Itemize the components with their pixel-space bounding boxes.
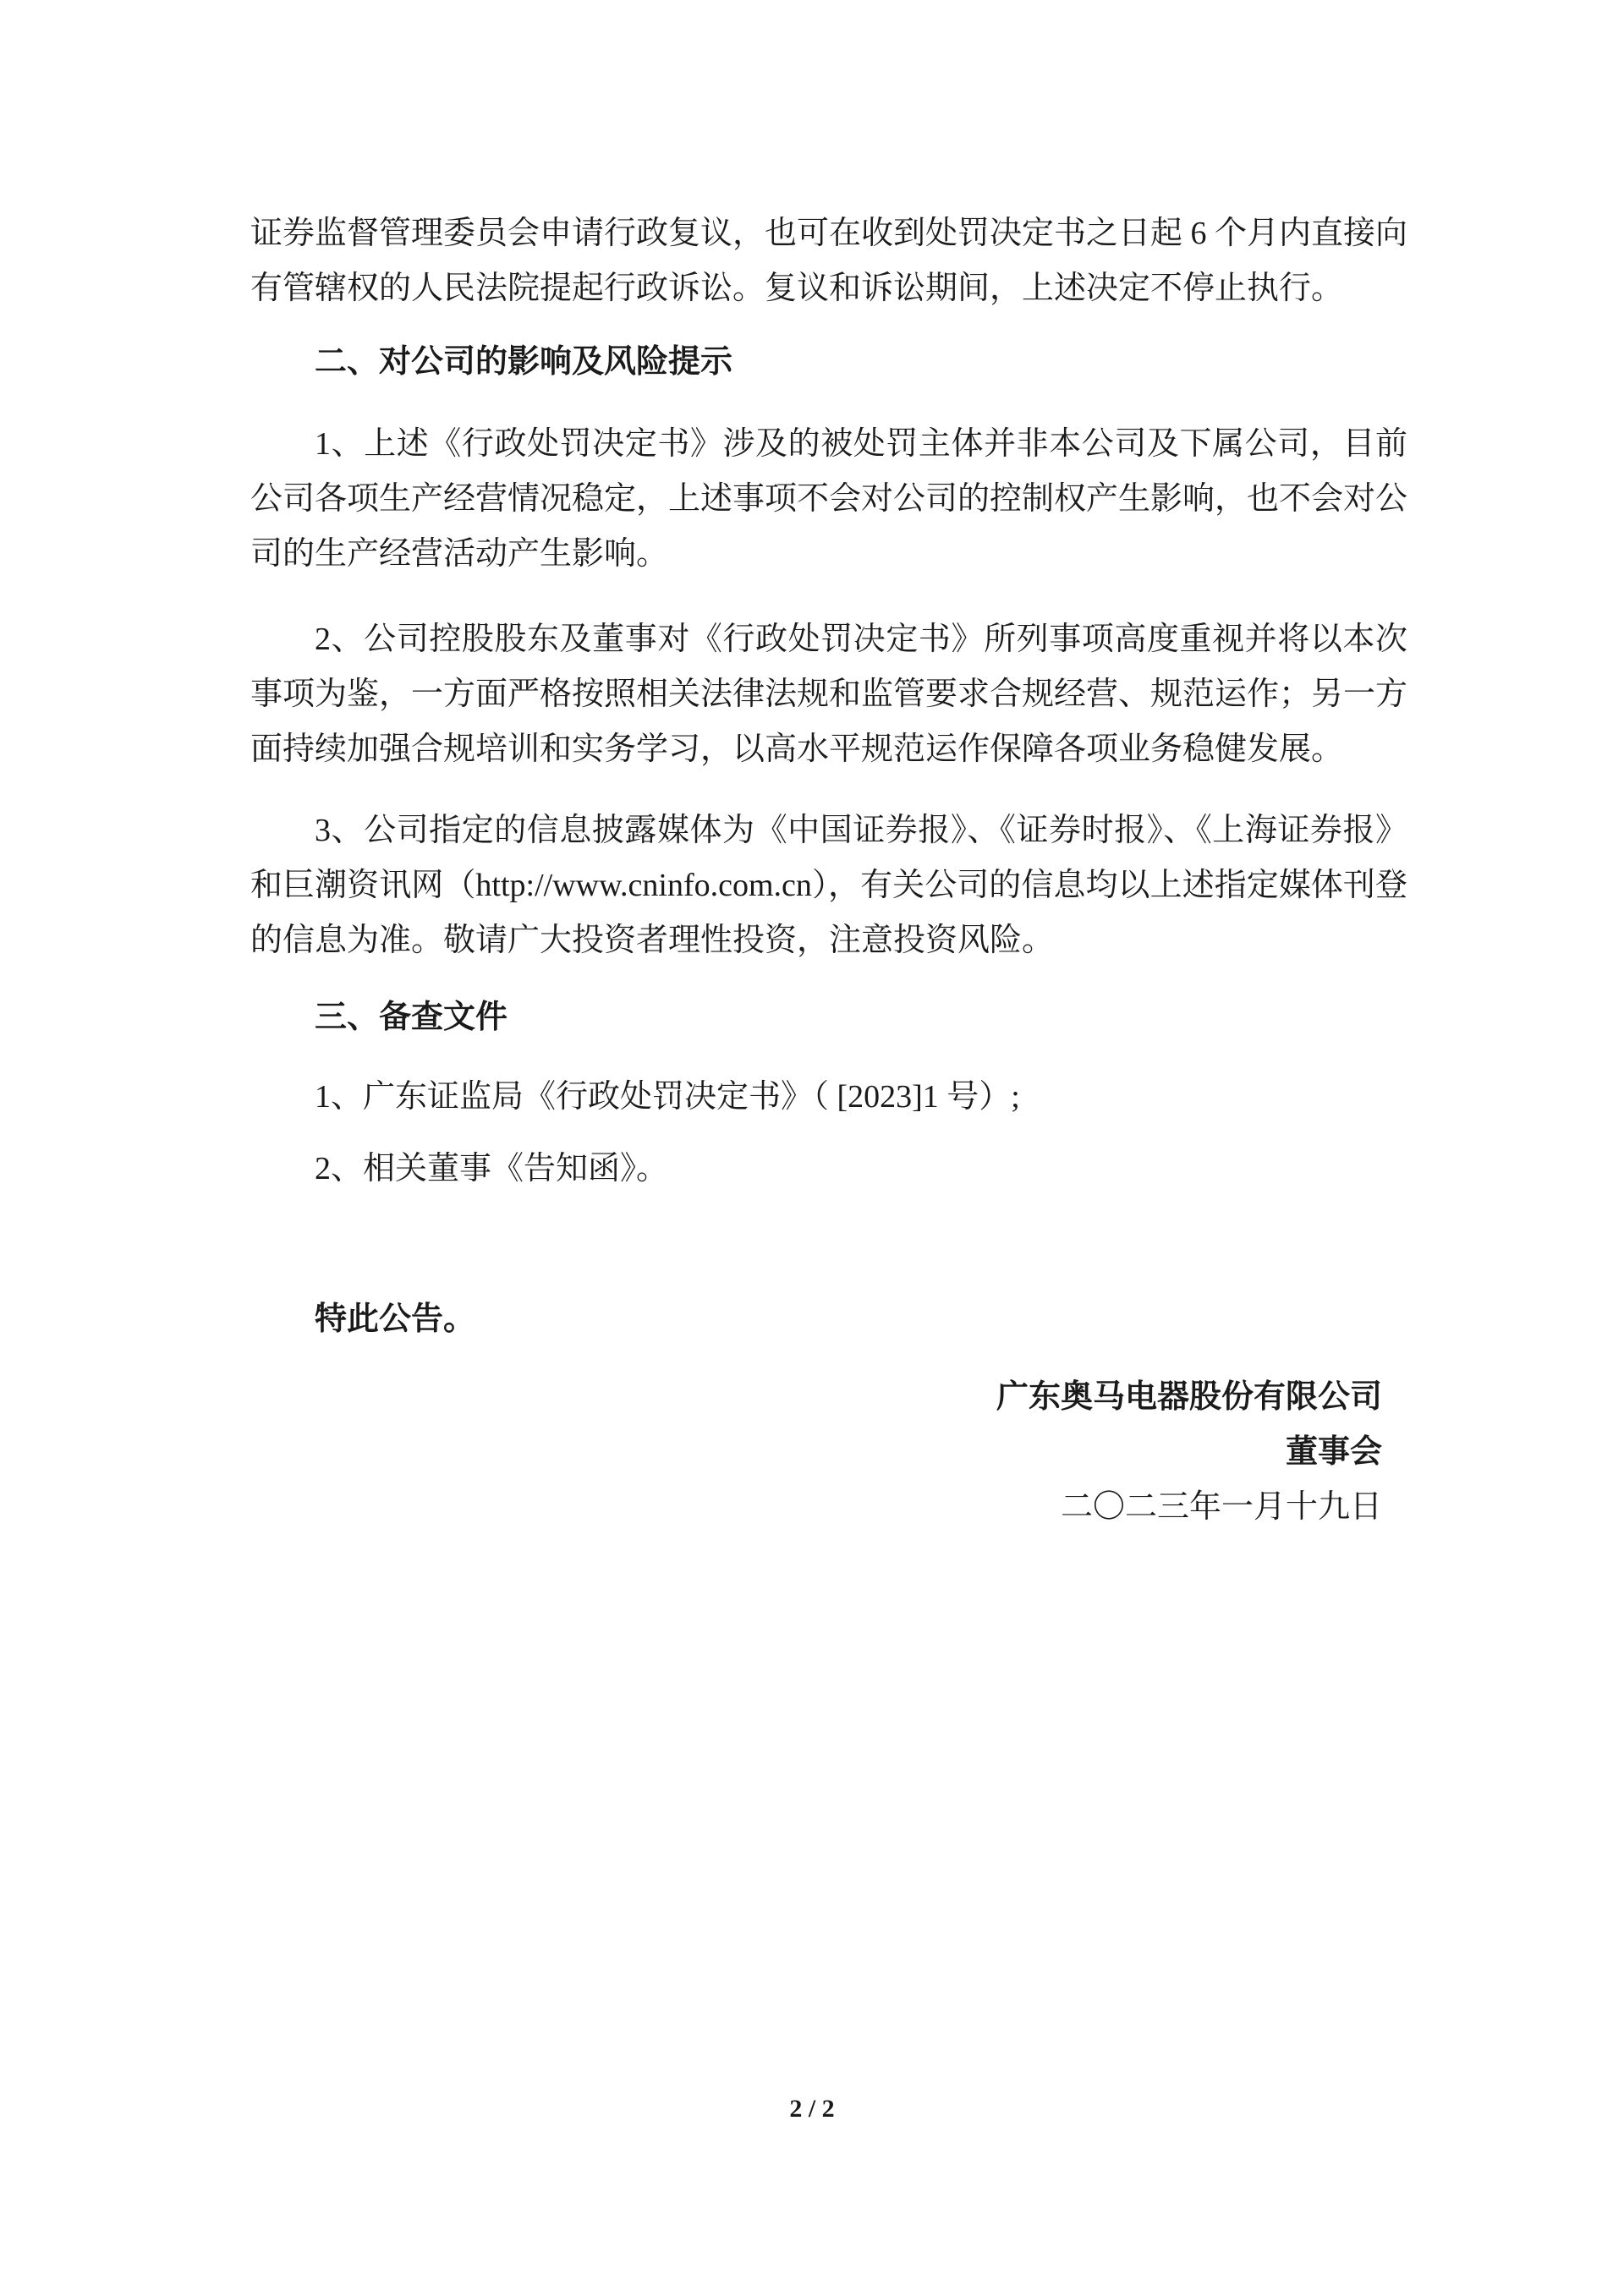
section-2-paragraph-2: 2、公司控股股东及董事对《行政处罚决定书》所列事项高度重视并将以本次事项为鉴，一… xyxy=(250,612,1407,777)
signature-date: 二〇二三年一月十九日 xyxy=(250,1480,1382,1535)
section-2-heading: 二、对公司的影响及风险提示 xyxy=(250,335,1407,390)
signature-block: 广东奥马电器股份有限公司 董事会 二〇二三年一月十九日 xyxy=(250,1370,1407,1535)
page-number: 2 / 2 xyxy=(0,2092,1624,2126)
section-2-paragraph-3: 3、公司指定的信息披露媒体为《中国证券报》、《证券时报》、《上海证券报》和巨潮资… xyxy=(250,803,1407,968)
signature-company-name: 广东奥马电器股份有限公司 xyxy=(250,1370,1382,1425)
closing-statement: 特此公告。 xyxy=(250,1292,1407,1347)
section-3-item-1: 1、广东证监局《行政处罚决定书》（ [2023]1 号）; xyxy=(250,1070,1407,1125)
signature-board: 董事会 xyxy=(250,1425,1382,1480)
section-2-paragraph-1: 1、上述《行政处罚决定书》涉及的被处罚主体并非本公司及下属公司，目前公司各项生产… xyxy=(250,417,1407,582)
document-page: 证券监督管理委员会申请行政复议，也可在收到处罚决定书之日起 6 个月内直接向有管… xyxy=(0,0,1624,2296)
continuation-paragraph: 证券监督管理委员会申请行政复议，也可在收到处罚决定书之日起 6 个月内直接向有管… xyxy=(250,206,1407,316)
section-3-item-2: 2、相关董事《告知函》。 xyxy=(250,1142,1407,1197)
document-body: 证券监督管理委员会申请行政复议，也可在收到处罚决定书之日起 6 个月内直接向有管… xyxy=(250,206,1407,1535)
section-3-heading: 三、备查文件 xyxy=(250,990,1407,1045)
